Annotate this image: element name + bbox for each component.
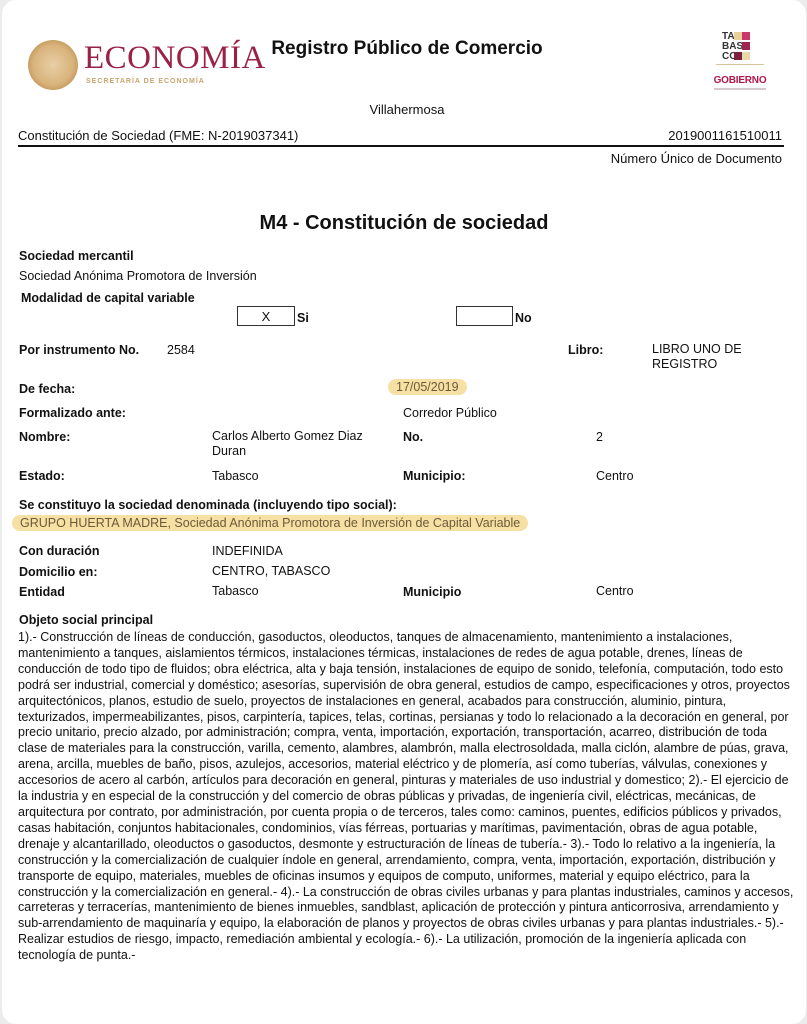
mexico-seal-icon: [28, 40, 78, 90]
estado-value: Tabasco: [212, 469, 259, 483]
domicilio-label: Domicilio en:: [19, 565, 97, 579]
municipio2-label: Municipio: [403, 585, 461, 599]
libro-label: Libro:: [568, 343, 603, 357]
nombre-value: Carlos Alberto Gomez Diaz Duran: [212, 429, 392, 459]
libro-value: LIBRO UNO DE REGISTRO: [652, 342, 762, 372]
nombre-label: Nombre:: [19, 430, 70, 444]
objeto-social-text: 1).- Construcción de líneas de conducció…: [18, 630, 794, 964]
document-type: Constitución de Sociedad (FME: N-2019037…: [18, 128, 298, 143]
tabasco-tile-icon: [742, 32, 750, 40]
denominacion-value: GRUPO HUERTA MADRE, Sociedad Anónima Pro…: [12, 515, 528, 531]
denominacion-label: Se constituyo la sociedad denominada (in…: [19, 498, 397, 512]
capital-variable-si-checkbox[interactable]: X: [237, 306, 295, 326]
no-label: No.: [403, 430, 423, 444]
instrumento-label: Por instrumento No.: [19, 343, 139, 357]
fecha-value: 17/05/2019: [388, 379, 467, 395]
tabasco-tile-icon: [734, 32, 742, 40]
document-number: 201900116151001​1: [668, 128, 782, 143]
tabasco-tile-icon: [742, 52, 750, 60]
gobierno-subtitle: [714, 88, 766, 90]
capital-variable-no-label: No: [515, 311, 532, 325]
formalizado-label: Formalizado ante:: [19, 406, 126, 420]
duracion-label: Con duración: [19, 544, 100, 558]
economia-subtitle: SECRETARÍA DE ECONOMÍA: [86, 78, 205, 85]
gobierno-wordmark: GOBIERNO: [707, 75, 773, 86]
tabasco-gobierno-logo: TABASCO GOBIERNO: [702, 28, 778, 94]
municipio-label: Municipio:: [403, 469, 466, 483]
document-header-title: Registro Público de Comercio: [252, 37, 562, 61]
header-divider: [18, 145, 784, 147]
duracion-value: INDEFINIDA: [212, 544, 283, 558]
economia-logo: ECONOMÍA SECRETARÍA DE ECONOMÍA: [24, 38, 264, 93]
domicilio-value: CENTRO, TABASCO: [212, 564, 330, 578]
capital-variable-no-checkbox[interactable]: [456, 306, 513, 326]
fecha-label: De fecha:: [19, 382, 75, 396]
form-title: M4 - Constitución de sociedad: [2, 212, 806, 235]
document-number-label: Número Único de Documento: [611, 151, 782, 166]
no-value: 2: [596, 430, 603, 444]
divider: [716, 64, 764, 65]
tabasco-tile-icon: [742, 42, 750, 50]
entidad-value: Tabasco: [212, 584, 259, 598]
objeto-social-label: Objeto social principal: [19, 613, 153, 627]
municipio-value: Centro: [596, 469, 634, 483]
formalizado-value: Corredor Público: [403, 406, 497, 420]
entidad-label: Entidad: [19, 585, 65, 599]
economia-wordmark: ECONOMÍA: [84, 40, 266, 77]
city: Villahermosa: [252, 102, 562, 117]
municipio2-value: Centro: [596, 584, 634, 598]
instrumento-value: 2584: [167, 343, 195, 357]
capital-variable-label: Modalidad de capital variable: [21, 291, 195, 305]
sociedad-mercantil-label: Sociedad mercantil: [19, 249, 134, 263]
sociedad-mercantil-value: Sociedad Anónima Promotora de Inversión: [19, 269, 257, 283]
tabasco-tile-icon: [734, 52, 742, 60]
document-page: ECONOMÍA SECRETARÍA DE ECONOMÍA Registro…: [2, 0, 806, 1024]
capital-variable-si-label: Si: [297, 311, 309, 325]
estado-label: Estado:: [19, 469, 65, 483]
